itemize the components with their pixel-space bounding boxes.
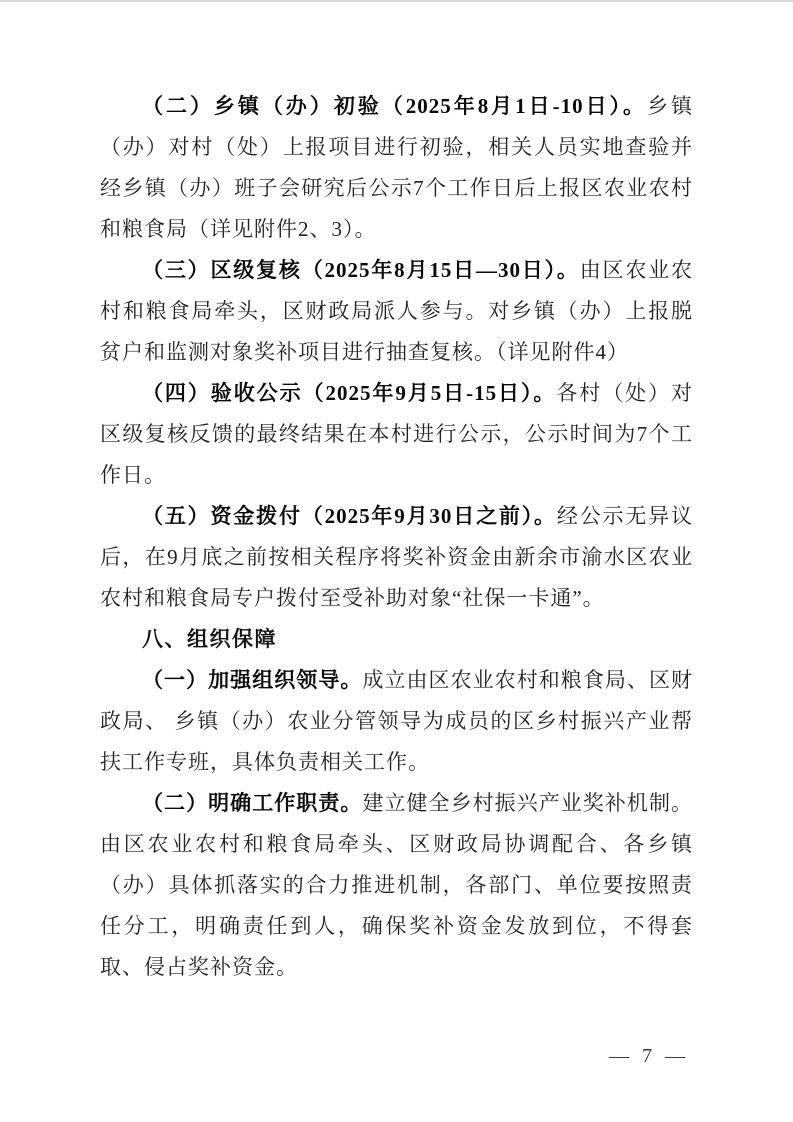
clause-heading: （三）区级复核（2025年8月15日—30日）。 xyxy=(142,258,580,282)
clause-heading: （二）明确工作职责。 xyxy=(142,791,362,815)
clause-paragraph-acceptance-publicity: （四）验收公示（2025年9月5日-15日）。各村（处）对区级复核反馈的最终结果… xyxy=(100,373,693,496)
document-page: （二）乡镇（办）初验（2025年8月1日-10日）。乡镇（办）对村（处）上报项目… xyxy=(0,0,793,1122)
clause-heading: （四）验收公示（2025年9月5日-15日）。 xyxy=(142,381,556,405)
scan-artifact-line xyxy=(0,0,793,2)
document-body: （二）乡镇（办）初验（2025年8月1日-10日）。乡镇（办）对村（处）上报项目… xyxy=(100,86,693,988)
clause-heading: （一）加强组织领导。 xyxy=(142,668,362,692)
clause-heading: （二）乡镇（办）初验（2025年8月1日-10日）。 xyxy=(142,94,647,118)
clause-body: 建立健全乡村振兴产业奖补机制。由区农业农村和粮食局牵头、区财政局协调配合、各乡镇… xyxy=(100,791,693,979)
page-number: — 7 — xyxy=(609,1044,689,1068)
clause-paragraph-township-initial-inspection: （二）乡镇（办）初验（2025年8月1日-10日）。乡镇（办）对村（处）上报项目… xyxy=(100,86,693,250)
clause-heading: （五）资金拨付（2025年9月30日之前）。 xyxy=(142,504,557,528)
clause-paragraph-district-review: （三）区级复核（2025年8月15日—30日）。由区农业农村和粮食局牵头，区财政… xyxy=(100,250,693,373)
clause-paragraph-fund-disbursement: （五）资金拨付（2025年9月30日之前）。经公示无异议后，在9月底之前按相关程… xyxy=(100,496,693,619)
section-heading-organizational-guarantee: 八、组织保障 xyxy=(100,619,693,660)
clause-paragraph-clarify-responsibilities: （二）明确工作职责。建立健全乡村振兴产业奖补机制。由区农业农村和粮食局牵头、区财… xyxy=(100,783,693,988)
clause-paragraph-strengthen-leadership: （一）加强组织领导。成立由区农业农村和粮食局、区财政局、 乡镇（办）农业分管领导… xyxy=(100,660,693,783)
